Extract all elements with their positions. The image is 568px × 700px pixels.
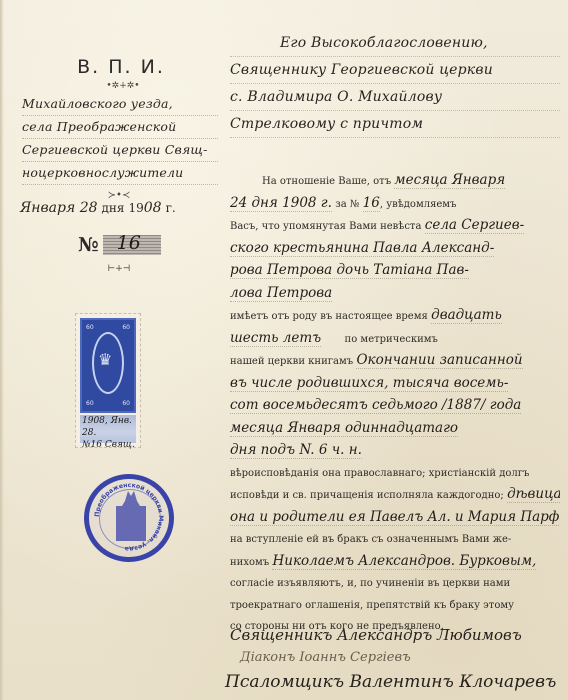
issuer-line: Михайловского уезда, xyxy=(22,93,218,116)
stamp-denomination: 60 xyxy=(86,400,94,407)
revenue-stamp: 60 60 60 60 ♛ 1908, Янв. 28. №16 Свящ. xyxy=(75,313,141,448)
date-month-handwritten: Января 28 xyxy=(20,200,98,216)
double-headed-eagle-icon: ♛ xyxy=(98,350,112,369)
body-line: сот восемьдесятъ седьмого /1887/ года xyxy=(230,395,560,418)
addressee-line: с. Владимира О. Михайлову xyxy=(230,84,560,111)
stamp-cancel-tab: 1908, Янв. 28. №16 Свящ. xyxy=(80,415,136,443)
signature-deacon: Діаконъ Іоаннъ Сергіевъ xyxy=(240,650,411,665)
handwritten-text: 24 дня 1908 г. xyxy=(230,195,332,212)
issue-date: Января 28 дня 1908 г. xyxy=(20,200,210,216)
printed-text: троекратнаго оглашенія, препятствій къ б… xyxy=(230,600,514,611)
handwritten-text: месяца Января одиннадцатаго xyxy=(230,420,458,437)
handwritten-text: шесть летъ xyxy=(230,330,321,347)
handwritten-text: она и родители ея Павелъ Ал. и Мария Пар… xyxy=(230,509,560,526)
document-header-title: В. П. И. xyxy=(76,56,166,78)
number-field: 16 xyxy=(103,235,161,255)
printed-text: на вступленіе ей въ бракъ съ означеннымъ… xyxy=(230,534,511,545)
number-value: 16 xyxy=(117,232,141,254)
seal-ring-text: Преображенской церкви Михайл. уезда xyxy=(93,481,165,553)
body-line: нихомъ Николаемъ Александров. Бурковым, xyxy=(230,551,560,574)
ornament-divider-top: •✲+✲• xyxy=(98,81,148,91)
printed-text: Васъ, что упомянутая Вами невѣста xyxy=(230,221,421,232)
addressee-line: Священнику Георгиевской церкви xyxy=(230,57,560,84)
handwritten-text: рова Петрова дочь Татiана Пав- xyxy=(230,262,469,279)
body-line: на вступленіе ей въ бракъ съ означеннымъ… xyxy=(230,529,560,551)
date-day-label: дня xyxy=(102,201,125,215)
date-year-handwritten: 08 xyxy=(144,200,162,216)
handwritten-text: Николаемъ Александров. Бурковым, xyxy=(272,553,536,570)
body-line: 24 дня 1908 г. за № 16, увѣдомляемъ xyxy=(230,193,560,216)
ornament-divider-bottom: ⊢+⊣ xyxy=(102,264,136,274)
printed-text: имѣетъ отъ роду въ настоящее время xyxy=(230,311,428,322)
body-line: въ числе родившихся, тысяча восемь- xyxy=(230,373,560,396)
handwritten-text: 16 xyxy=(363,195,380,212)
body-line: На отношеніе Ваше, отъ месяца Января xyxy=(230,170,560,193)
handwritten-text: лова Петрова xyxy=(230,285,332,302)
body-line: месяца Января одиннадцатаго xyxy=(230,418,560,441)
printed-text: , увѣдомляемъ xyxy=(380,199,457,210)
body-line: ского крестьянина Павла Александ- xyxy=(230,238,560,261)
stamp-denomination: 60 xyxy=(122,400,130,407)
stamp-cancel-line: 1908, Янв. 28. xyxy=(82,415,136,439)
addressee-block: Его Высокоблагословению, Священнику Геор… xyxy=(230,30,560,138)
stamp-cancel-line: №16 Свящ. xyxy=(82,439,136,451)
svg-text:Преображенской церкви Михайл.: Преображенской церкви Михайл. уезда xyxy=(94,482,164,552)
certificate-body: На отношеніе Ваше, отъ месяца Января 24 … xyxy=(230,170,560,638)
church-seal: Преображенской церкви Михайл. уезда xyxy=(84,474,174,562)
printed-text: нашей церкви книгамъ xyxy=(230,356,353,367)
handwritten-text: дѣвица xyxy=(507,486,560,503)
body-line: согласіе изъявляютъ, и, по учиненіи въ ц… xyxy=(230,573,560,595)
printed-text: нихомъ xyxy=(230,557,269,568)
stamp-denomination: 60 xyxy=(122,324,130,331)
issuer-line: ноцерковнослужители xyxy=(22,162,218,185)
body-line: рова Петрова дочь Татiана Пав- xyxy=(230,260,560,283)
addressee-line: Его Высокоблагословению, xyxy=(230,30,560,57)
number-sign: № xyxy=(78,234,99,256)
stamp-cancel-text: 1908, Янв. 28. №16 Свящ. xyxy=(80,415,136,451)
body-line: троекратнаго оглашенія, препятствій къ б… xyxy=(230,595,560,617)
addressee-line: Стрелковому с причтом xyxy=(230,111,560,138)
handwritten-text: въ числе родившихся, тысяча восемь- xyxy=(230,375,508,392)
printed-text: На отношеніе Ваше, отъ xyxy=(262,176,391,187)
handwritten-text: месяца Января xyxy=(394,172,505,189)
date-year-prefix: 19 xyxy=(128,201,143,215)
body-line: исповѣди и св. причащенія исполняла кажд… xyxy=(230,484,560,507)
handwritten-text: ского крестьянина Павла Александ- xyxy=(230,240,494,257)
body-line: лова Петрова xyxy=(230,283,560,306)
body-line: имѣетъ отъ роду въ настоящее время двадц… xyxy=(230,305,560,328)
issuer-line: Сергиевской церкви Свящ- xyxy=(22,139,218,162)
body-line: Васъ, что упомянутая Вами невѣста села С… xyxy=(230,215,560,238)
body-line: дня подъ N. 6 ч. н. xyxy=(230,440,560,463)
printed-text: по метрическимъ xyxy=(345,334,438,345)
date-year-suffix: г. xyxy=(166,201,176,215)
handwritten-text: села Сергиев- xyxy=(425,217,524,234)
issuer-block: Михайловского уезда, села Преображенской… xyxy=(22,93,218,185)
stamp-denomination: 60 xyxy=(86,324,94,331)
stamp-face: 60 60 60 60 ♛ xyxy=(80,318,136,413)
paper-edge xyxy=(0,0,4,700)
issuer-line: села Преображенской xyxy=(22,116,218,139)
signature-psalmist: Псаломщикъ Валентинъ Клочаревъ xyxy=(225,672,556,692)
document-number: № 16 xyxy=(78,233,161,257)
handwritten-text: дня подъ N. 6 ч. н. xyxy=(230,442,362,459)
handwritten-text: сот восемьдесятъ седьмого /1887/ года xyxy=(230,397,521,414)
handwritten-text: двадцать xyxy=(431,307,502,324)
body-line: вѣроисповѣданія она православнаго; христ… xyxy=(230,463,560,485)
printed-text: согласіе изъявляютъ, и, по учиненіи въ ц… xyxy=(230,578,510,589)
body-line: шесть летъ по метрическимъ xyxy=(230,328,560,351)
body-line: нашей церкви книгамъ Окончании записанно… xyxy=(230,350,560,373)
signature-priest: Священникъ Александръ Любимовъ xyxy=(230,626,522,644)
printed-text: исповѣди и св. причащенія исполняла кажд… xyxy=(230,490,504,501)
printed-text: вѣроисповѣданія она православнаго; христ… xyxy=(230,468,529,479)
body-line: она и родители ея Павелъ Ал. и Мария Пар… xyxy=(230,507,560,530)
handwritten-text: Окончании записанной xyxy=(356,352,522,369)
printed-text: за № xyxy=(335,199,359,210)
